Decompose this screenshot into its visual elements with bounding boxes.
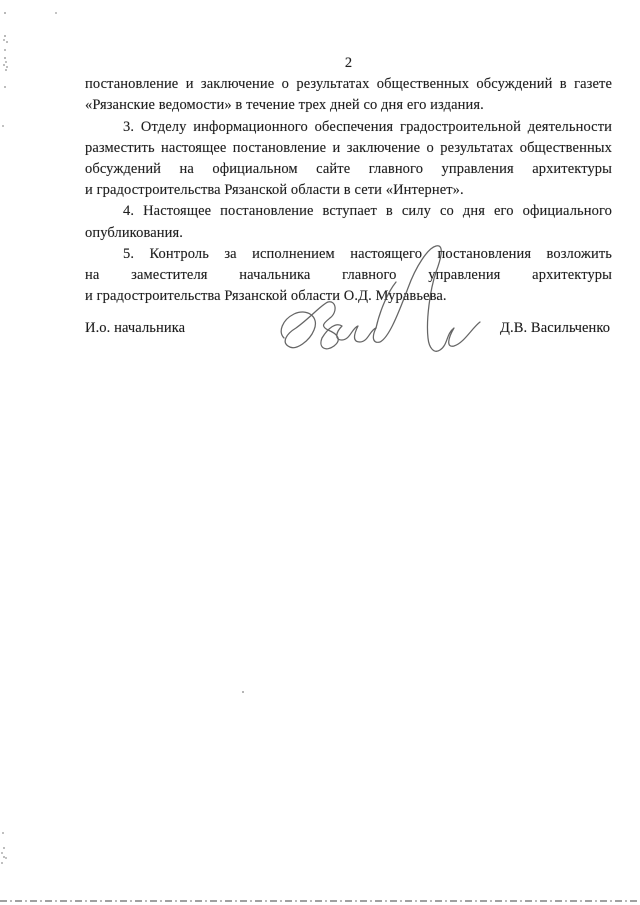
document-line: разместить настоящее постановление и зак…	[85, 138, 612, 159]
scanned-document-page: 2 постановление и заключение о результат…	[0, 0, 640, 905]
document-line: 4. Настоящее постановление вступает в си…	[85, 201, 612, 222]
page-bottom-divider	[0, 900, 640, 902]
page-number: 2	[85, 53, 612, 74]
document-line: «Рязанские ведомости» в течение трех дне…	[85, 95, 612, 116]
signer-name-label: Д.В. Васильченко	[500, 320, 610, 337]
document-line: 3. Отделу информационного обеспечения гр…	[85, 117, 612, 138]
handwritten-signature-icon	[276, 240, 490, 378]
document-line: обсуждений на официальном сайте главного…	[85, 159, 612, 180]
scan-noise	[0, 0, 2, 2]
document-line: постановление и заключение о результатах…	[85, 74, 612, 95]
document-line: и градостроительства Рязанской области в…	[85, 180, 612, 201]
signer-position-label: И.о. начальника	[85, 320, 185, 337]
